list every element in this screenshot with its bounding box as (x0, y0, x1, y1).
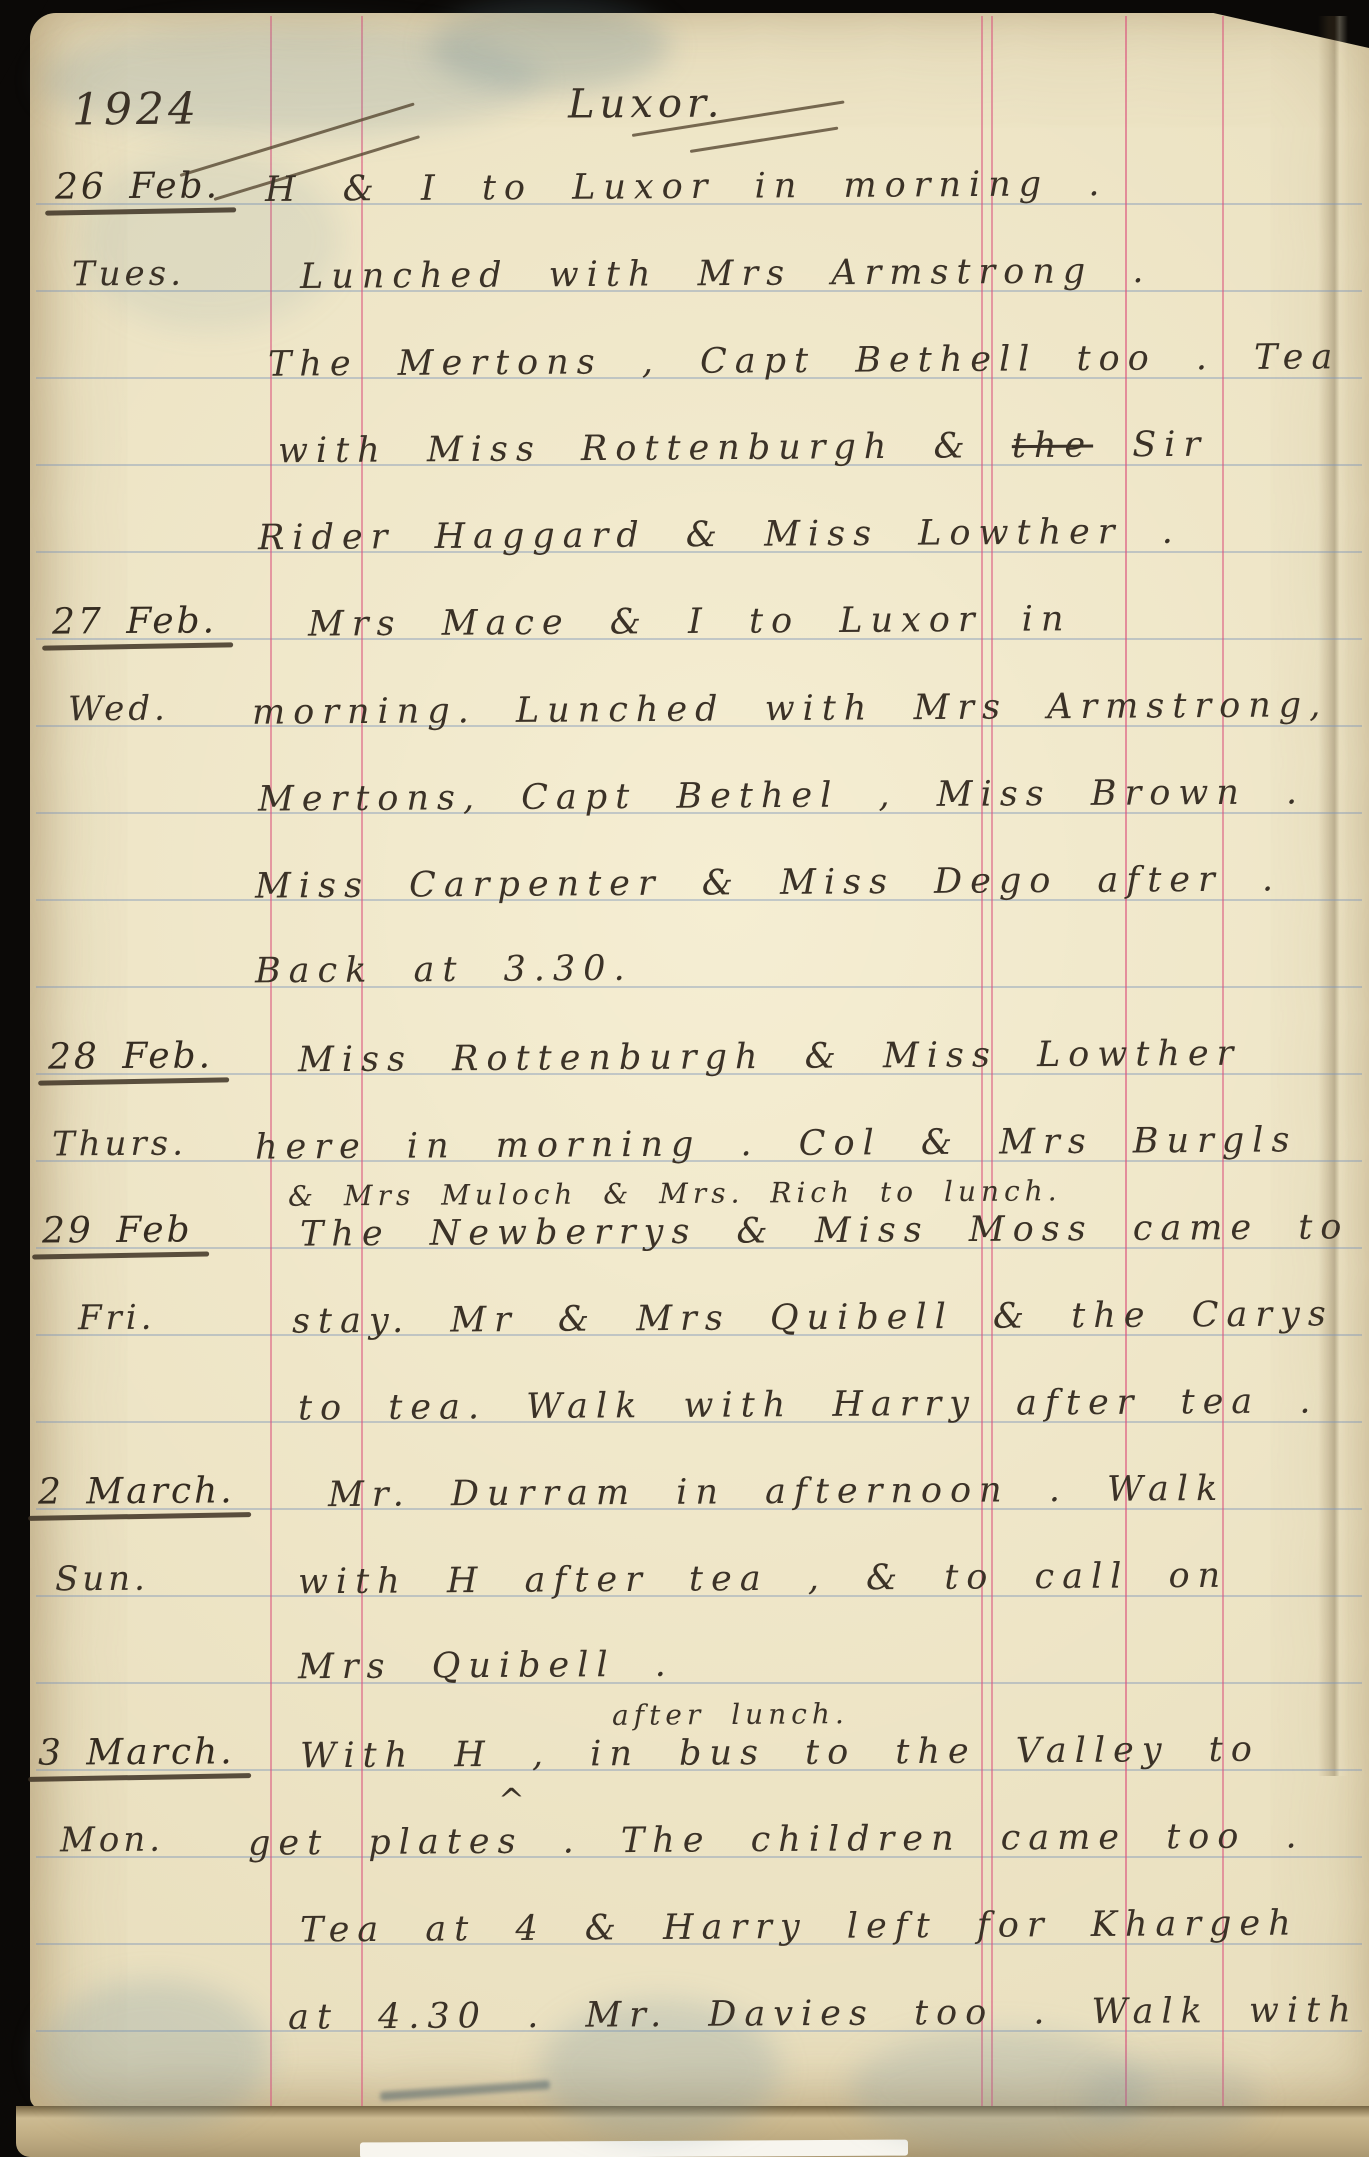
entry-line: & Mrs Muloch & Mrs. Rich to lunch. (288, 1177, 1062, 1210)
entry-line: With H , in bus to the Valley to (300, 1733, 1260, 1775)
entry-line: get plates . The children came too . (248, 1819, 1305, 1861)
entry-line: Rider Haggard & Miss Lowther . (258, 515, 1181, 556)
entry-line: The Newberrys & Miss Moss came to (300, 1210, 1350, 1252)
diary-page-photo: 1924 Luxor. ^ 26 Feb.Tues.H & I to Luxor… (0, 0, 1369, 2157)
entry-date-label: 27 Feb. (52, 603, 217, 640)
entry-line: with H after tea , & to call on (298, 1559, 1228, 1600)
diary-entries: 26 Feb.Tues.H & I to Luxor in morning .L… (0, 0, 1369, 2157)
entry-day-label: Tues. (72, 257, 185, 292)
entry-date-label: 26 Feb. (55, 168, 220, 205)
entry-line: Mrs Mace & I to Luxor in (308, 602, 1072, 642)
entry-line: H & I to Luxor in morning . (265, 167, 1108, 208)
entry-line: Lunched with Mrs Armstrong . (300, 254, 1152, 295)
entry-line: Tea at 4 & Harry left for Khargeh (300, 1907, 1299, 1949)
entry-line: Mr. Durram in afternoon . Walk (328, 1472, 1225, 1513)
entry-line: Miss Rottenburgh & Miss Lowther (298, 1037, 1242, 1079)
entry-line: at 4.30 . Mr. Davies too . Walk with (288, 1993, 1359, 2035)
entry-line: Miss Carpenter & Miss Dego after . (255, 862, 1281, 904)
entry-date-label: 29 Feb (42, 1212, 193, 1249)
entry-date-label: 2 March. (38, 1473, 235, 1510)
entry-line: to tea. Walk with Harry after tea . (298, 1384, 1319, 1426)
entry-date-label: 28 Feb. (48, 1038, 213, 1075)
entry-day-label: Fri. (78, 1301, 156, 1336)
entry-day-label: Mon. (60, 1823, 164, 1858)
entry-day-label: Thurs. (52, 1127, 187, 1162)
entry-day-label: Sun. (55, 1562, 149, 1597)
entry-line: Back at 3.30. (255, 952, 633, 990)
entry-day-label: Wed. (68, 692, 169, 727)
entry-line: Mertons, Capt Bethel , Miss Brown . (258, 775, 1305, 817)
entry-line: morning. Lunched with Mrs Armstrong, (252, 688, 1328, 731)
entry-line: after lunch. (612, 1700, 849, 1730)
entry-date-label: 3 March. (38, 1734, 235, 1771)
entry-line: Mrs Quibell . (298, 1648, 674, 1686)
entry-line: here in morning . Col & Mrs Burgls (255, 1123, 1298, 1165)
entry-line: stay. Mr & Mrs Quibell & the Carys (292, 1297, 1334, 1339)
entry-line: The Mertons , Capt Bethell too . Tea (268, 340, 1341, 382)
entry-line: with Miss Rottenburgh & the Sir (278, 428, 1208, 469)
